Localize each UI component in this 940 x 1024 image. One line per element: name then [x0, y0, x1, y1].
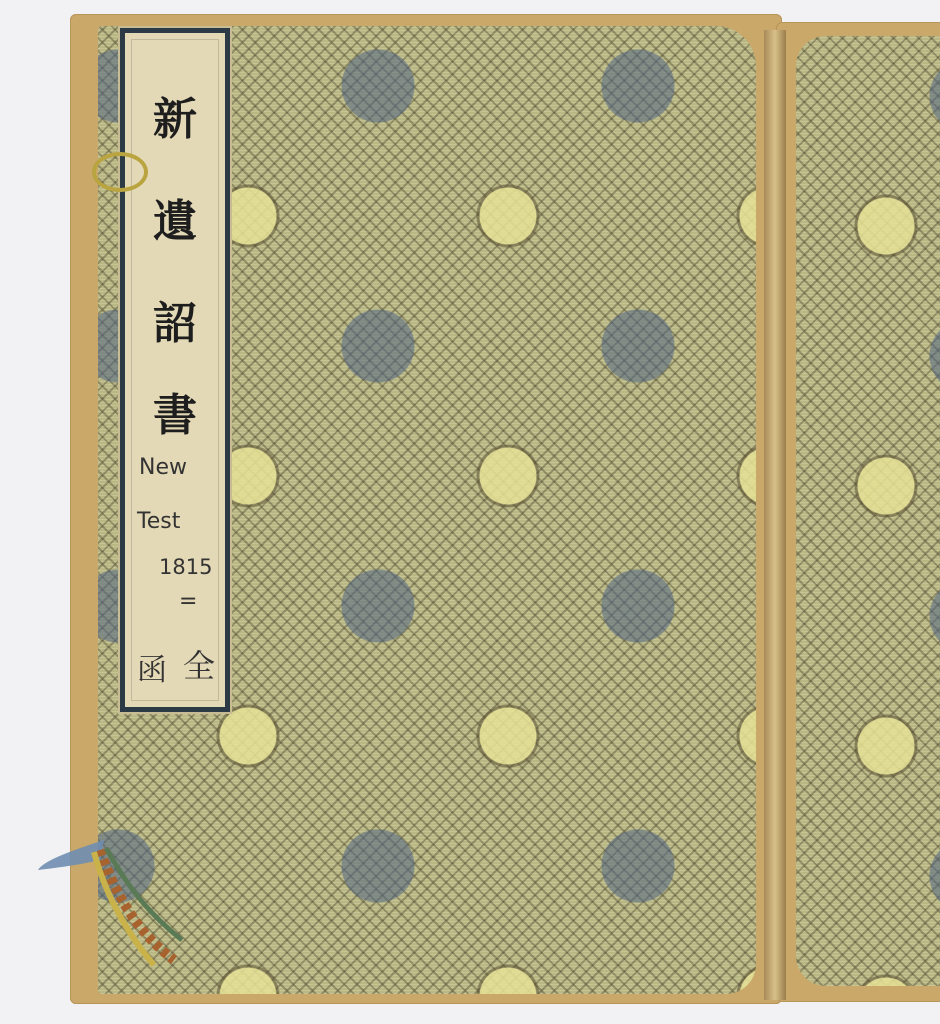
label-year: 1815 — [159, 555, 212, 579]
book-spine — [764, 30, 786, 1000]
label-bottom-left-char: 函 — [137, 645, 167, 689]
right-brocade-fabric — [796, 36, 940, 986]
title-slip: 新 遺 詔 書 New Test 1815 = 函 全 — [120, 28, 230, 712]
binding-thread-knot — [92, 152, 148, 192]
title-char-1: 新 — [125, 83, 225, 147]
title-char-4: 書 — [125, 379, 225, 443]
label-english-test: Test — [137, 509, 180, 534]
title-char-3: 詔 — [125, 287, 225, 351]
label-bottom-right-char: 全 — [183, 641, 215, 687]
title-char-2: 遺 — [125, 185, 225, 249]
label-mark: = — [179, 589, 197, 614]
binding-tassel — [34, 830, 184, 970]
label-english-new: New — [139, 455, 187, 480]
